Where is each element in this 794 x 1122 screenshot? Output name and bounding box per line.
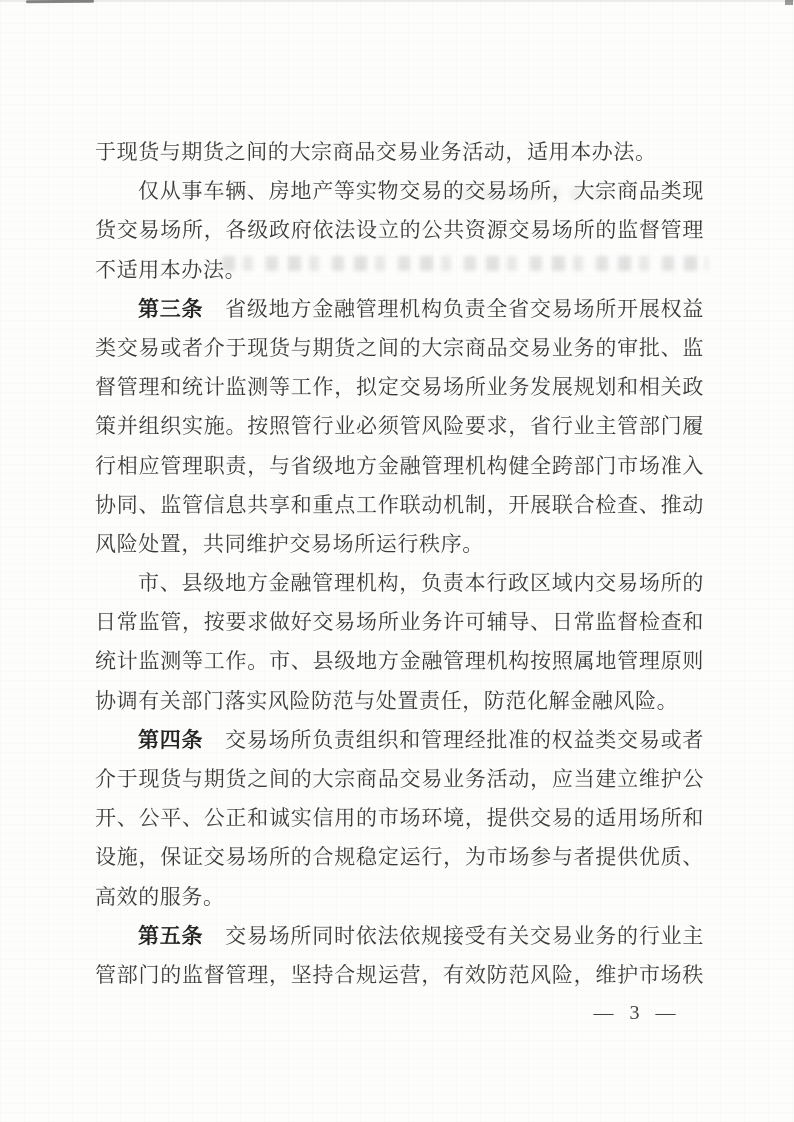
- text-line: 统计监测等工作。市、县级地方金融管理机构按照属地管理原则: [95, 642, 704, 681]
- scanned-document-page: 于现货与期货之间的大宗商品交易业务活动，适用本办法。 仅从事车辆、房地产等实物交…: [0, 0, 794, 1122]
- text-line: 协调有关部门落实风险防范与处置责任，防范化解金融风险。: [95, 682, 704, 721]
- text-line: 设施，保证交易场所的合规稳定运行，为市场参与者提供优质、: [95, 838, 704, 877]
- text-line: 策并组织实施。按照管行业必须管风险要求，省行业主管部门履: [95, 407, 704, 446]
- text-line: 高效的服务。: [95, 878, 704, 917]
- text-line: 介于现货与期货之间的大宗商品交易业务活动，应当建立维护公: [95, 760, 704, 799]
- article-first-line-text: 交易场所负责组织和管理经批准的权益类交易或者: [203, 728, 704, 752]
- text-line: 仅从事车辆、房地产等实物交易的交易场所，大宗商品类现: [95, 172, 704, 211]
- text-line: 货交易场所，各级政府依法设立的公共资源交易场所的监督管理: [95, 211, 704, 250]
- article-first-line-text: 省级地方金融管理机构负责全省交易场所开展权益: [203, 297, 704, 321]
- paragraph: 仅从事车辆、房地产等实物交易的交易场所，大宗商品类现 货交易场所，各级政府依法设…: [95, 172, 704, 290]
- text-line: 督管理和统计监测等工作，拟定交易场所业务发展规划和相关政: [95, 368, 704, 407]
- paragraph: 于现货与期货之间的大宗商品交易业务活动，适用本办法。: [95, 133, 704, 172]
- scan-artifact-top-right-mark: [785, 0, 793, 5]
- text-line: 风险处置，共同维护交易场所运行秩序。: [95, 525, 704, 564]
- text-line: 不适用本办法。: [95, 251, 704, 290]
- text-line: 第四条 交易场所负责组织和管理经批准的权益类交易或者: [95, 721, 704, 760]
- paragraph: 市、县级地方金融管理机构，负责本行政区域内交易场所的 日常监管，按要求做好交易场…: [95, 564, 704, 721]
- text-line: 于现货与期货之间的大宗商品交易业务活动，适用本办法。: [95, 133, 704, 172]
- paragraph-article-3: 第三条 省级地方金融管理机构负责全省交易场所开展权益 类交易或者介于现货与期货之…: [95, 290, 704, 564]
- text-line: 第三条 省级地方金融管理机构负责全省交易场所开展权益: [95, 290, 704, 329]
- article-number-label: 第五条: [138, 924, 203, 948]
- text-line: 开、公平、公正和诚实信用的市场环境，提供交易的适用场所和: [95, 799, 704, 838]
- text-line: 协同、监管信息共享和重点工作联动机制，开展联合检查、推动: [95, 486, 704, 525]
- text-line: 类交易或者介于现货与期货之间的大宗商品交易业务的审批、监: [95, 329, 704, 368]
- article-number-label: 第四条: [138, 728, 203, 752]
- paragraph-article-4: 第四条 交易场所负责组织和管理经批准的权益类交易或者 介于现货与期货之间的大宗商…: [95, 721, 704, 917]
- article-number-label: 第三条: [138, 297, 203, 321]
- text-line: 第五条 交易场所同时依法依规接受有关交易业务的行业主: [95, 917, 704, 956]
- text-line: 市、县级地方金融管理机构，负责本行政区域内交易场所的: [95, 564, 704, 603]
- page-number: — 3 —: [560, 1002, 710, 1025]
- scan-artifact-top-edge: [0, 0, 794, 2]
- text-line: 行相应管理职责，与省级地方金融管理机构健全跨部门市场准入: [95, 447, 704, 486]
- text-line: 管部门的监督管理，坚持合规运营，有效防范风险，维护市场秩: [95, 956, 704, 995]
- document-body: 于现货与期货之间的大宗商品交易业务活动，适用本办法。 仅从事车辆、房地产等实物交…: [95, 133, 704, 995]
- text-line: 日常监管，按要求做好交易场所业务许可辅导、日常监督检查和: [95, 603, 704, 642]
- paragraph-article-5: 第五条 交易场所同时依法依规接受有关交易业务的行业主 管部门的监督管理，坚持合规…: [95, 917, 704, 995]
- scan-artifact-top-left-mark: [26, 0, 94, 3]
- article-first-line-text: 交易场所同时依法依规接受有关交易业务的行业主: [203, 924, 704, 948]
